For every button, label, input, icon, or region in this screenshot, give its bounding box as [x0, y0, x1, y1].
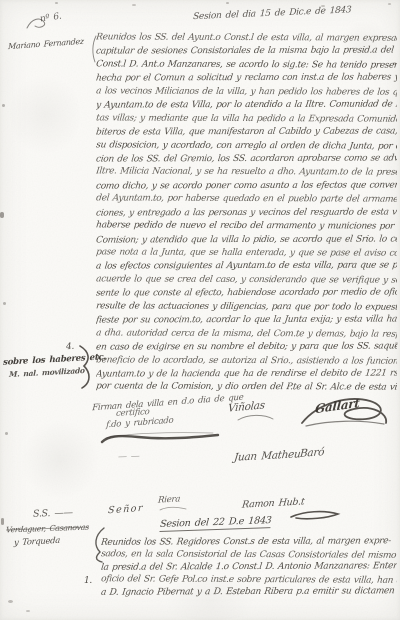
- addressee-label: Señor: [108, 503, 145, 517]
- session2-item-number: 1.: [84, 576, 92, 586]
- manuscript-scan-page: Sesion del dia 15 de Dic.e de 1843 nº 6.…: [0, 0, 400, 620]
- session1-heading: Sesion del dia 15 de Dic.e de 1843: [193, 6, 338, 22]
- manuscript-line: del Ayuntam.to, por haberse quedado en e…: [96, 193, 397, 208]
- manuscript-line: resulte de las actuaciones y diligencias…: [96, 300, 397, 315]
- pen-strike-flourish: [98, 428, 223, 448]
- scan-speckle: [2, 104, 5, 107]
- scan-speckle: [8, 600, 13, 603]
- scan-speckle: [1, 518, 4, 525]
- manuscript-line: a los efectos consiguientes al Ayuntam.t…: [96, 260, 397, 274]
- ink-layer: Sesion del dia 15 de Dic.e de 1843 nº 6.…: [0, 0, 400, 620]
- scan-speckle: [388, 3, 391, 5]
- signature: Juan Matheu: [233, 448, 301, 464]
- session1-body: Reunidos los SS. del Ayunt.o Const.l de …: [96, 32, 397, 395]
- manuscript-line: Comision; y atendido que la villa lo pid…: [96, 233, 397, 247]
- faint-pen-marks: — —: [118, 452, 140, 463]
- session2-margin-attendees: y Torqueda: [14, 535, 60, 547]
- manuscript-line: su disposicion, y acordado, con arreglo …: [96, 139, 397, 154]
- manuscript-line: tas villas; y mediante que la villa ha p…: [96, 112, 397, 127]
- session2-heading: Sesion del 22 D.e 1843: [159, 515, 271, 532]
- margin-item-number: 4.: [66, 342, 75, 352]
- signature: Baró: [299, 446, 324, 460]
- manuscript-line: a dha. autoridad cerca de la misma, del …: [96, 327, 397, 342]
- manuscript-line: fieste por su conocim.to, acordar lo que…: [96, 314, 397, 328]
- manuscript-line: Iltre. Milicia Nacional, y se ha resuelt…: [96, 166, 397, 181]
- manuscript-line: la presid.a del Sr. Alcalde 1.o Const.l …: [101, 560, 397, 574]
- scan-speckle: [5, 432, 8, 435]
- manuscript-line: a los vecinos Milicianos de la villa, y …: [96, 85, 397, 100]
- scan-speckle: [55, 2, 58, 4]
- manuscript-line: biteros de esta Villa, que manifestaron …: [96, 126, 397, 140]
- scan-speckle: [0, 212, 4, 218]
- manuscript-line: hecha por el Comun a solicitud y reclamo…: [96, 72, 397, 86]
- scan-speckle: [132, 4, 136, 6]
- session1-margin-attendees: Mariano Fernandez: [8, 36, 96, 51]
- signature-rubric-flourish: [288, 508, 344, 522]
- margin-item-brace: [74, 344, 96, 390]
- scan-speckle: [26, 610, 30, 612]
- manuscript-line: a D. Ignacio Pibernat y a D. Esteban Rib…: [101, 586, 397, 599]
- signature-rubric-flourish: [236, 412, 276, 424]
- closing-line: Firman dela villa en d.o dia de que: [92, 393, 244, 414]
- riera-underline-flourish: [158, 505, 188, 513]
- riera-note: Riera: [158, 494, 181, 505]
- manuscript-line: sente lo que conste al efecto, habiendos…: [96, 287, 397, 301]
- manuscript-line: ciones, y entregado a las personas y vec…: [96, 206, 397, 220]
- signature-rubric-flourish: [296, 393, 392, 431]
- session2-body: Reunidos los SS. Regidores Const.s de es…: [101, 536, 397, 599]
- session2-ss-mark: S.S. ——: [33, 507, 73, 519]
- manuscript-line: capitular de sesiones Consistoriales de …: [96, 45, 397, 59]
- manuscript-line: haberse pedido de nuevo el recibo del ar…: [96, 219, 397, 234]
- manuscript-line: Reunidos los SS. Regidores Const.s de es…: [101, 536, 397, 549]
- session2-margin-attendees: Verdaguer, Casanovas: [6, 523, 89, 535]
- scan-speckle: [226, 2, 229, 4]
- folio-flourish: [24, 14, 58, 32]
- scan-speckle: [3, 302, 6, 305]
- manuscript-line: en caso de exigirse en su nombre el debi…: [96, 341, 397, 355]
- manuscript-line: y Ayuntam.to de esta Villa, por lo atend…: [96, 99, 397, 113]
- manuscript-line: beneficio de lo acordado, se autoriza al…: [96, 354, 397, 369]
